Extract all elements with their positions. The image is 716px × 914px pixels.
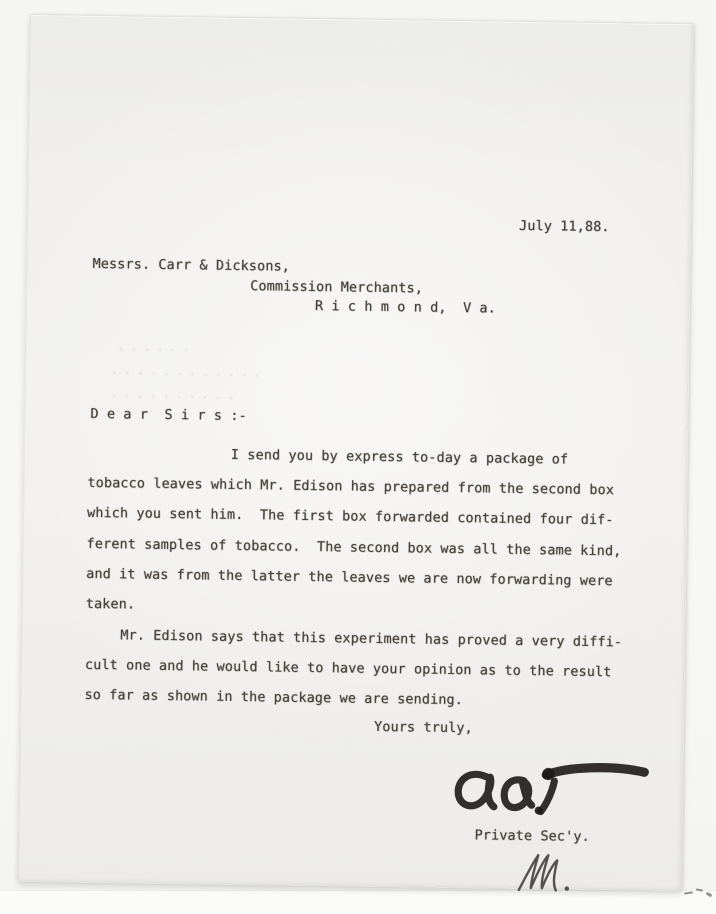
signature-title: Private Sec'y.: [474, 827, 589, 845]
recipient-line-1: Messrs. Carr & Dicksons,: [92, 256, 290, 275]
recipient-line-3: R i c h m o n d, V a.: [315, 298, 496, 317]
signature-initials: [448, 761, 653, 824]
recipient-line-2: Commission Merchants,: [250, 278, 423, 296]
scanner-bed-strip: [0, 890, 716, 914]
eraser-smudge: [108, 393, 233, 402]
signature-stroke-image: [448, 761, 653, 824]
salutation: D e a r S i r s :-: [90, 406, 247, 424]
clerk-initial-annotation: [511, 848, 578, 899]
closing-line: Yours truly,: [374, 719, 473, 736]
scan-artifact-speckles: [684, 886, 716, 902]
date-line: July 11,88.: [519, 218, 610, 235]
clerk-initial-stroke-image: [511, 848, 578, 899]
body-paragraph-2: Mr. Edison says that this experiment has…: [84, 620, 622, 718]
letter-page: July 11,88. Messrs. Carr & Dicksons, Com…: [18, 14, 694, 891]
body-paragraph-1: I send you by express to-day a package o…: [86, 438, 623, 627]
eraser-smudge: [108, 370, 258, 379]
scan-background: July 11,88. Messrs. Carr & Dicksons, Com…: [0, 0, 716, 914]
eraser-smudge: [114, 346, 192, 354]
